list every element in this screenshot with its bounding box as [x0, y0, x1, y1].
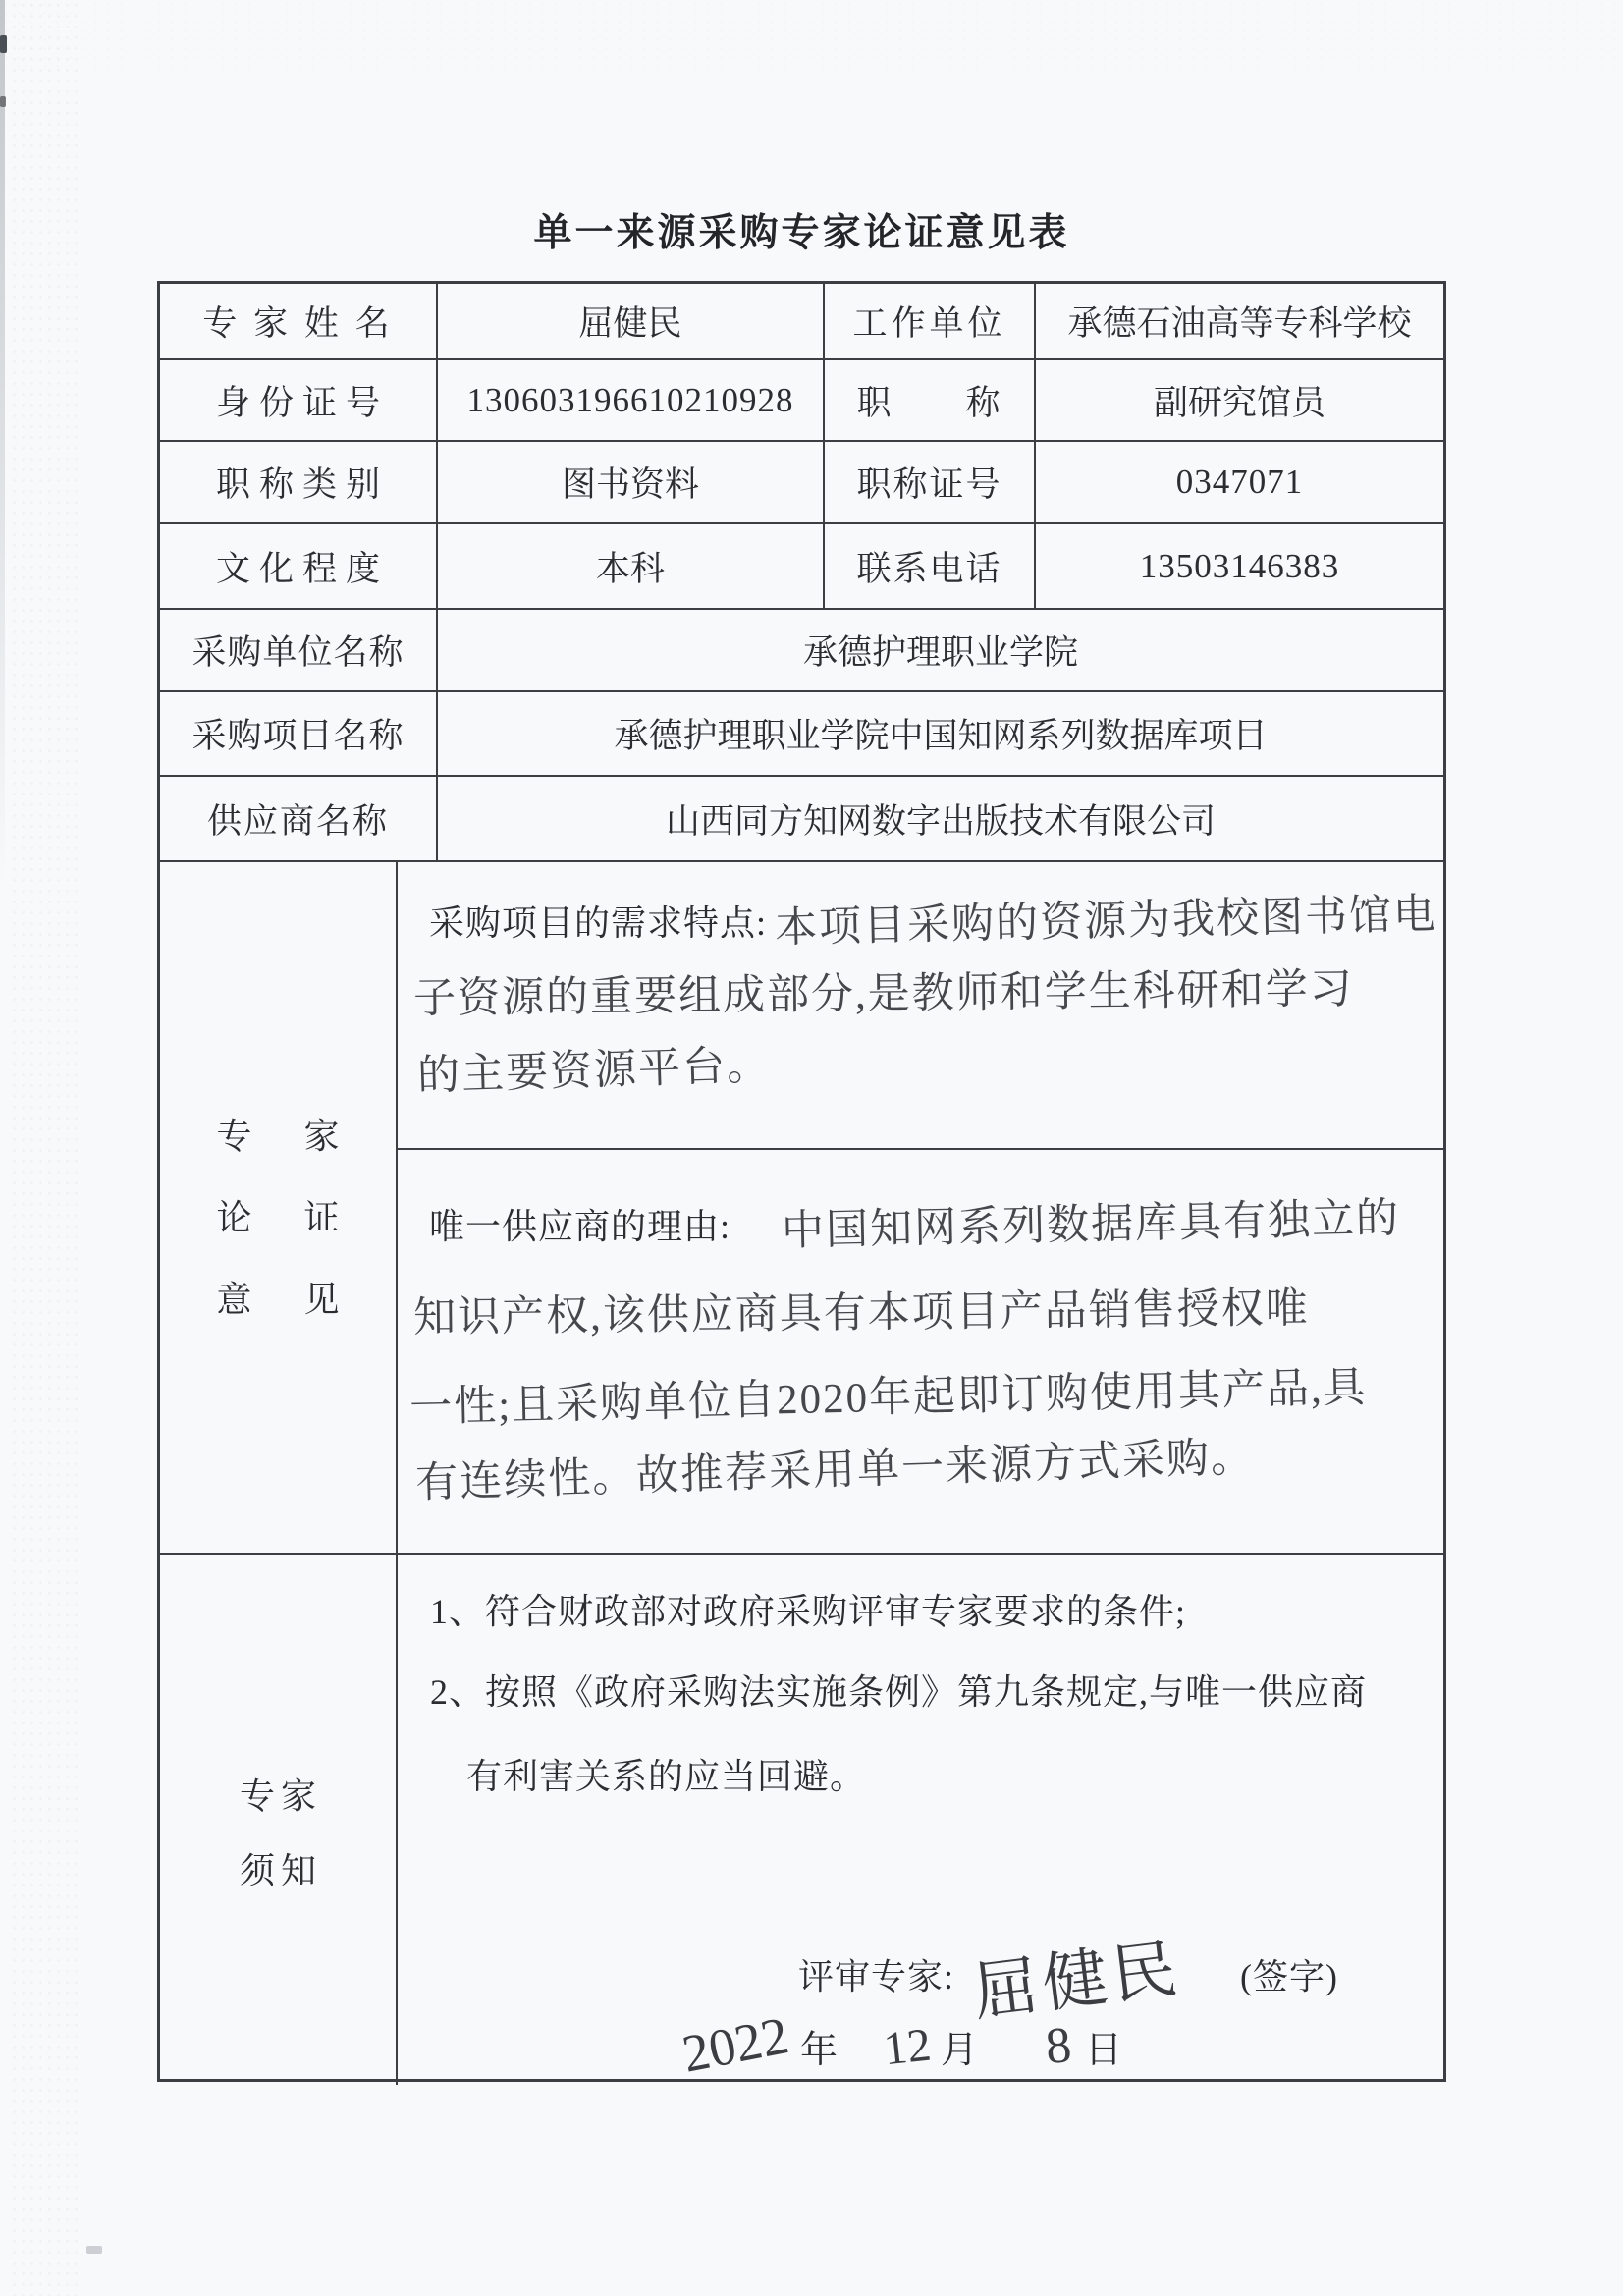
cell-expert-name-value: 屈健民 — [438, 284, 825, 360]
cell-notice-content: 1、符合财政部对政府采购评审专家要求的条件; 2、按照《政府采购法实施条例》第九… — [398, 1555, 1443, 2085]
signature-suffix: (签字) — [1240, 1957, 1338, 1996]
supplier-label: 供应商名称 — [207, 794, 389, 844]
cell-education-label: 文化程度 — [160, 524, 438, 610]
date-line: 2022 年 12 月 8 日 — [682, 2014, 1123, 2075]
cell-title-cert-label: 职称证号 — [825, 442, 1036, 524]
cell-expert-name-label: 专 家 姓 名 — [160, 284, 438, 360]
title-cert-value: 0347071 — [1176, 463, 1304, 502]
cell-id-number-value: 130603196610210928 — [438, 360, 825, 442]
cell-title-category-value: 图书资料 — [438, 442, 825, 524]
notice-item-2: 2、按照《政府采购法实施条例》第九条规定,与唯一供应商 — [430, 1665, 1367, 1715]
id-number-value: 130603196610210928 — [467, 381, 794, 420]
work-unit-label: 工作单位 — [852, 297, 1005, 346]
notice-side-label-line: 须知 — [160, 1833, 396, 1908]
signature-line: 评审专家: 屈健民 (签字) — [798, 1928, 1338, 2021]
requirement-line-3: 的主要资源平台。 — [417, 1037, 771, 1097]
opinion-side-label-line: 论 证 — [160, 1177, 396, 1259]
requirement-handwriting: 的主要资源平台。 — [416, 1031, 772, 1102]
reason-handwriting: 知识产权,该供应商具有本项目产品销售授权唯 — [413, 1275, 1310, 1344]
cell-supplier-label: 供应商名称 — [160, 777, 438, 862]
cell-purchaser-label: 采购单位名称 — [160, 610, 438, 692]
cell-job-title-value: 副研究馆员 — [1036, 360, 1443, 442]
scan-artifact-mark — [0, 35, 7, 53]
requirement-line-2: 子资源的重要组成部分,是教师和学生科研和学习 — [413, 960, 1354, 1020]
job-title-label: 职 称 — [856, 376, 1001, 425]
reason-line-4: 有连续性。故推荐采用单一来源方式采购。 — [415, 1437, 1255, 1497]
reason-handwriting: 一性;且采购单位自2020年起即订购使用其产品,具 — [408, 1354, 1368, 1434]
cell-project-label: 采购项目名称 — [160, 692, 438, 777]
date-month-handwritten: 12 — [881, 2018, 933, 2077]
cell-work-unit-label: 工作单位 — [825, 284, 1036, 360]
notice-item-1: 1、符合财政部对政府采购评审专家要求的条件; — [430, 1584, 1186, 1634]
supplier-value: 山西同方知网数字出版技术有限公司 — [666, 794, 1216, 844]
cell-education-value: 本科 — [438, 524, 825, 610]
scan-edge-strip — [0, 0, 5, 884]
reason-printed-label: 唯一供应商的理由: — [429, 1207, 730, 1246]
scan-artifact-mark — [0, 96, 6, 107]
date-day-handwritten: 8 — [1044, 2016, 1074, 2076]
opinion-side-label-line: 专 家 — [160, 1096, 396, 1177]
phone-value: 13503146383 — [1140, 547, 1340, 586]
id-number-label: 身份证号 — [207, 376, 389, 425]
reviewer-label: 评审专家: — [798, 1957, 954, 1996]
cell-title-cert-value: 0347071 — [1036, 442, 1443, 524]
cell-opinion-side-label: 专 家 论 证 意 见 — [160, 862, 398, 1555]
requirement-handwriting: 子资源的重要组成部分,是教师和学生科研和学习 — [413, 956, 1354, 1025]
title-category-label: 职称类别 — [207, 458, 389, 507]
cell-phone-value: 13503146383 — [1036, 524, 1443, 610]
work-unit-value: 承德石油高等专科学校 — [1067, 297, 1411, 346]
project-label: 采购项目名称 — [191, 709, 404, 758]
date-day-unit: 日 — [1085, 2030, 1123, 2071]
date-year-handwritten: 2022 — [677, 2004, 793, 2084]
reason-line-3: 一性;且采购单位自2020年起即订购使用其产品,具 — [409, 1364, 1368, 1424]
requirement-handwriting: 本项目采购的资源为我校图书馆电 — [774, 881, 1437, 955]
scan-noise-top-band — [0, 0, 1623, 69]
expert-name-value: 屈健民 — [578, 297, 681, 346]
education-value: 本科 — [596, 542, 665, 591]
cell-supplier-value: 山西同方知网数字出版技术有限公司 — [438, 777, 1443, 862]
title-category-value: 图书资料 — [562, 458, 699, 507]
cell-project-value: 承德护理职业学院中国知网系列数据库项目 — [438, 692, 1443, 777]
cell-reason-opinion: 唯一供应商的理由:中国知网系列数据库具有独立的 知识产权,该供应商具有本项目产品… — [398, 1150, 1443, 1555]
reason-handwriting: 有连续性。故推荐采用单一来源方式采购。 — [414, 1424, 1255, 1510]
opinion-side-label-line: 意 见 — [160, 1259, 396, 1340]
cell-id-number-label: 身份证号 — [160, 360, 438, 442]
notice-side-label-line: 专家 — [160, 1759, 396, 1833]
form-title: 单一来源采购专家论证意见表 — [157, 202, 1446, 257]
scan-noise-band — [10, 0, 79, 2296]
requirement-printed-label: 采购项目的需求特点: — [429, 903, 767, 943]
reason-line-2: 知识产权,该供应商具有本项目产品销售授权唯 — [413, 1280, 1310, 1339]
form-table: 专 家 姓 名 屈健民 工作单位 承德石油高等专科学校 身份证号 1306031… — [157, 281, 1446, 2082]
date-year-unit: 年 — [800, 2030, 839, 2071]
requirement-line-1: 采购项目的需求特点:本项目采购的资源为我校图书馆电 — [429, 888, 1437, 948]
scan-artifact-mark — [86, 2246, 102, 2254]
cell-phone-label: 联系电话 — [825, 524, 1036, 610]
cell-title-category-label: 职称类别 — [160, 442, 438, 524]
title-cert-label: 职称证号 — [856, 458, 1001, 507]
project-value: 承德护理职业学院中国知网系列数据库项目 — [614, 709, 1267, 758]
phone-label: 联系电话 — [856, 542, 1001, 591]
date-month-unit: 月 — [941, 2030, 979, 2071]
job-title-value: 副研究馆员 — [1154, 376, 1325, 425]
education-label: 文化程度 — [207, 542, 389, 591]
purchaser-label: 采购单位名称 — [191, 626, 404, 675]
reason-line-1: 唯一供应商的理由:中国知网系列数据库具有独立的 — [429, 1191, 1400, 1251]
reason-handwriting: 中国知网系列数据库具有独立的 — [781, 1184, 1400, 1257]
cell-notice-side-label: 专家 须知 — [160, 1555, 398, 2085]
cell-requirement-opinion: 采购项目的需求特点:本项目采购的资源为我校图书馆电 子资源的重要组成部分,是教师… — [398, 862, 1443, 1150]
cell-work-unit-value: 承德石油高等专科学校 — [1036, 284, 1443, 360]
notice-item-2-continued: 有利害关系的应当回避。 — [466, 1749, 866, 1799]
cell-job-title-label: 职 称 — [825, 360, 1036, 442]
cell-purchaser-value: 承德护理职业学院 — [438, 610, 1443, 692]
purchaser-value: 承德护理职业学院 — [803, 626, 1078, 675]
expert-name-label: 专 家 姓 名 — [202, 297, 393, 346]
